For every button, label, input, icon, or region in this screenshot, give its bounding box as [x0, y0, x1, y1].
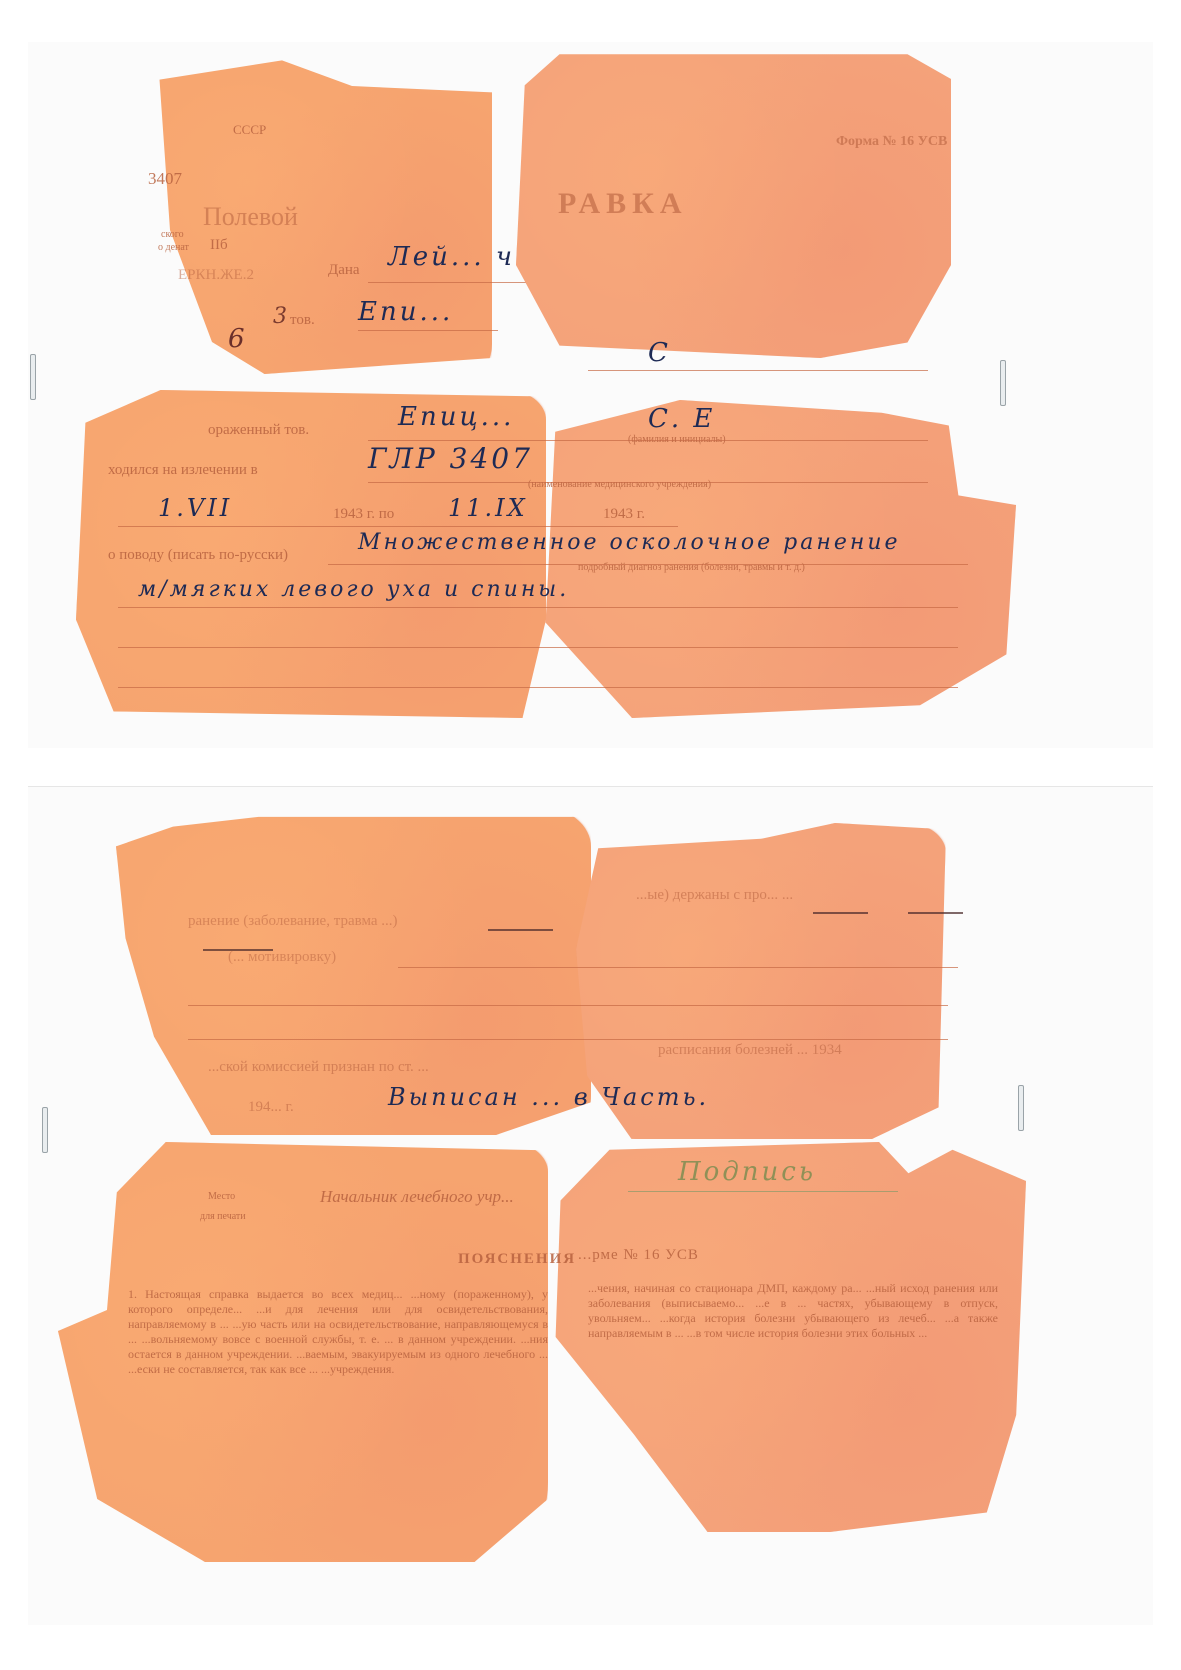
unit-code: IIб [210, 237, 228, 254]
explanation-heading-left: ПОЯСНЕНИЯ [458, 1251, 576, 1268]
reason-rule-2 [118, 607, 958, 608]
tov-value: Епи... [358, 297, 453, 327]
unit-sub-label-2: о денат [158, 242, 189, 253]
commission-value: Выписан ... в Часть. [388, 1083, 709, 1111]
form-number: Форма № 16 УСВ [836, 134, 947, 150]
stamp-label-1: Место [208, 1191, 235, 1202]
condition-label: ранение (заболевание, травма ...) [188, 913, 397, 930]
date-to-value: 11.IX [448, 494, 528, 522]
back-rule-3 [188, 1039, 948, 1040]
scan-sheet-back: ранение (заболевание, травма ...) ...ые)… [28, 786, 1153, 1625]
explanation-heading-right: ...рме № 16 УСВ [578, 1247, 699, 1264]
date-from-value: 1.VII [158, 494, 232, 522]
reason-label: о поводу (писать по-русски) [108, 547, 288, 564]
right-rule-1 [588, 370, 928, 371]
chief-signature: Подпись [678, 1157, 816, 1187]
commission-label-right: расписания болезней ... 1934 [658, 1042, 842, 1059]
reason-value-line2: м/мягких левого уха и спины. [138, 577, 569, 602]
fragment-mid-right [536, 400, 1016, 718]
condition-underline-left [488, 929, 553, 931]
stamp-label-2: для печати [200, 1211, 246, 1222]
tov-rule [358, 330, 498, 331]
unit-number: 3407 [148, 169, 182, 189]
explanation-paragraph-left: 1. Настоящая справка выдается во всех ме… [128, 1287, 548, 1377]
staple-left-back [42, 1107, 48, 1153]
document-title: РАВКА [558, 187, 688, 221]
wounded-rule [368, 440, 928, 441]
reason-value-line1: Множественное осколочное ранение [358, 530, 901, 555]
wounded-value: Епиц... [398, 402, 514, 432]
signature-rule [628, 1191, 898, 1192]
wounded-initials: С. Е [648, 404, 715, 434]
date-year-label-1: 1943 г. по [333, 506, 394, 523]
tov-prefix: 3 [273, 304, 290, 329]
unit-label: Полевой [203, 202, 298, 232]
commission-label: ...ской комиссией признан по ст. ... [208, 1059, 429, 1076]
signature-top: С [648, 338, 671, 368]
country-label: СССР [233, 122, 266, 138]
tov-label: тов. [290, 312, 315, 329]
treatment-hint: (наименование медицинского учреждения) [528, 479, 711, 490]
staple-left [30, 354, 36, 400]
field-mail-code: ЕРКН.ЖЕ.2 [178, 267, 254, 284]
dates-rule [118, 526, 678, 527]
blank-rule-2 [118, 687, 958, 688]
margin-note: 6 [228, 324, 248, 354]
wounded-label: ораженный тов. [208, 422, 309, 439]
condition-underline-right-2 [908, 912, 963, 914]
chief-label: Начальник лечебного учр... [320, 1187, 514, 1207]
commission-year: 194... г. [248, 1099, 294, 1116]
staple-right [1000, 360, 1006, 406]
condition-label-right: ...ые) держаны с про... ... [636, 887, 793, 904]
reason-rule [328, 564, 968, 565]
treatment-label: ходился на излечении в [108, 462, 258, 479]
condition-label-2: (... мотивировку) [228, 949, 336, 966]
scan-sheet-front: СССР 3407 ского Полевой о денат IIб ЕРКН… [28, 42, 1153, 748]
staple-right-back [1018, 1085, 1024, 1131]
condition-underline-right-1 [813, 912, 868, 914]
unit-sub-label: ского [161, 229, 184, 240]
treatment-value: ГЛР 3407 [368, 442, 533, 475]
back-rule-1 [398, 967, 958, 968]
given-label: Дана [328, 262, 360, 279]
blank-rule-1 [118, 647, 958, 648]
explanation-paragraph-right: ...чения, начиная со стационара ДМП, каж… [588, 1281, 998, 1341]
back-rule-2 [188, 1005, 948, 1006]
date-year-label-2: 1943 г. [603, 506, 645, 523]
treatment-rule [368, 482, 928, 483]
